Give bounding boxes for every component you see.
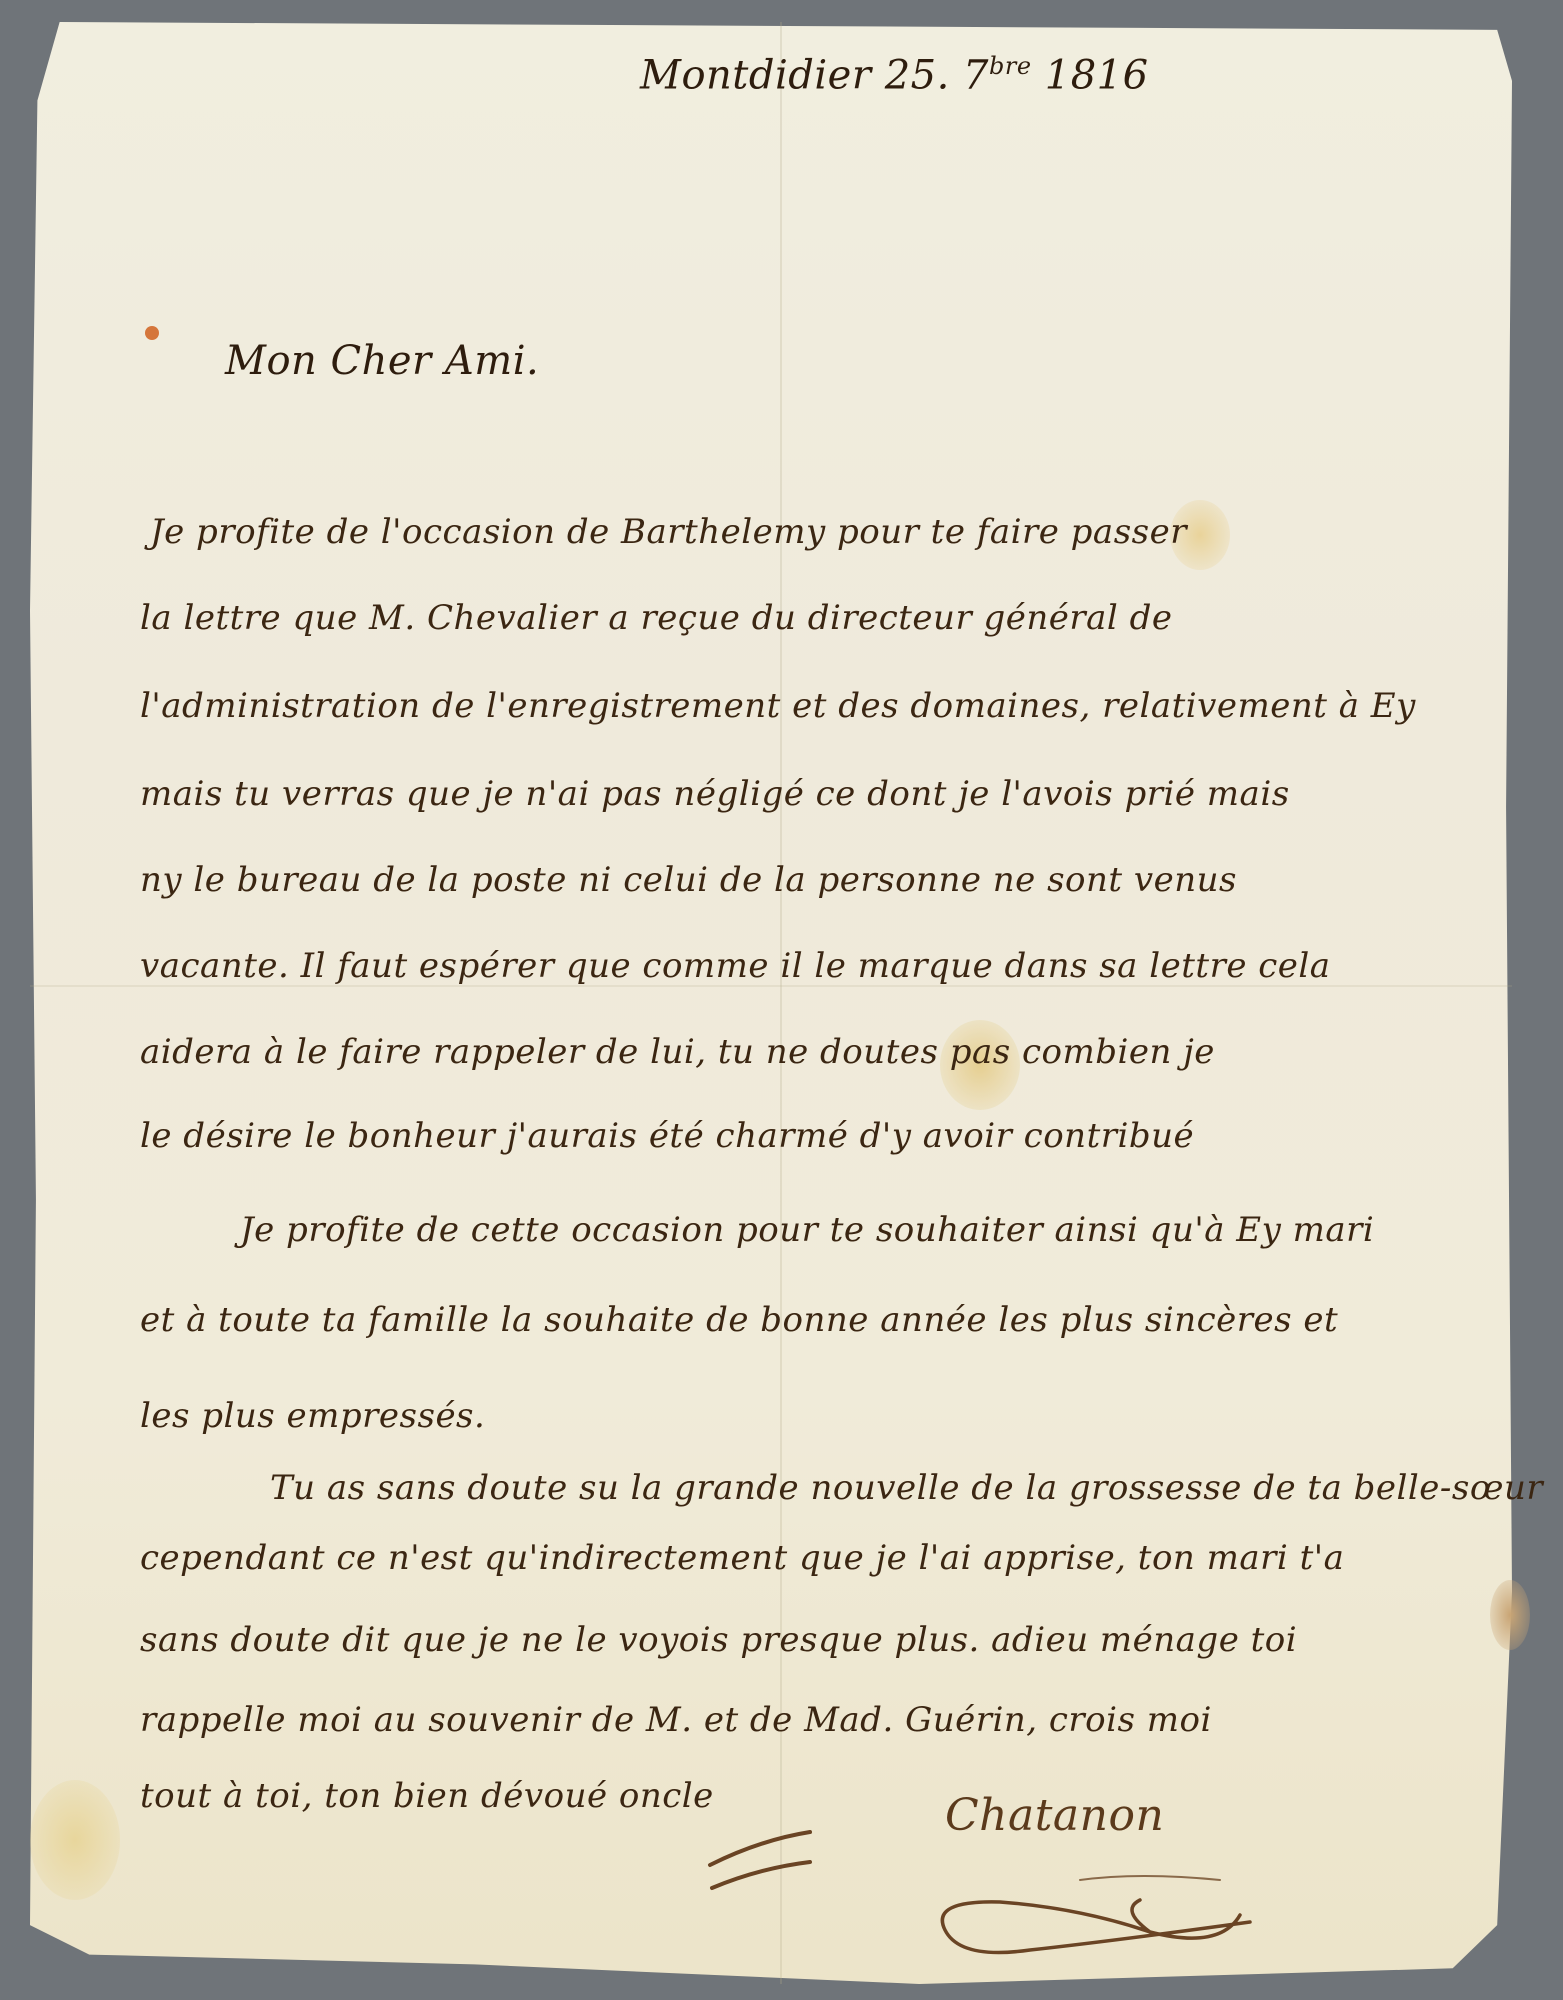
letter-line: l'administration de l'enregistrement et …	[140, 686, 1416, 726]
vertical-fold-crease	[780, 22, 782, 1984]
letter-line: le désire le bonheur j'aurais été charmé…	[140, 1116, 1194, 1156]
signature-flourish-icon	[700, 1820, 1260, 1970]
letter-paper	[30, 22, 1512, 1984]
date-month: 7	[963, 52, 989, 98]
letter-line: ny le bureau de la poste ni celui de la …	[140, 860, 1237, 900]
letter-line: Je profite de l'occasion de Barthelemy p…	[150, 512, 1187, 552]
letter-line: et à toute ta famille la souhaite de bon…	[140, 1300, 1338, 1340]
letter-line: vacante. Il faut espérer que comme il le…	[140, 946, 1331, 986]
letter-line: sans doute dit que je ne le voyois presq…	[140, 1620, 1297, 1660]
foxing-stain	[30, 1780, 120, 1900]
date-year: 1816	[1045, 52, 1149, 98]
letter-line: cependant ce n'est qu'indirectement que …	[140, 1538, 1344, 1578]
letter-line: mais tu verras que je n'ai pas négligé c…	[140, 774, 1290, 814]
date-day: 25.	[885, 52, 950, 98]
place-name: Montdidier	[640, 52, 871, 98]
letter-line: les plus empressés.	[140, 1396, 485, 1436]
letter-line: aidera à le faire rappeler de lui, tu ne…	[140, 1032, 1215, 1072]
salutation: Mon Cher Ami.	[225, 338, 539, 384]
date-line: Montdidier 25. 7bre 1816	[640, 52, 1149, 98]
letter-line: tout à toi, ton bien dévoué oncle	[140, 1776, 714, 1816]
orange-ink-spot	[145, 326, 159, 340]
letter-line: rappelle moi au souvenir de M. et de Mad…	[140, 1700, 1212, 1740]
foxing-stain	[1490, 1580, 1530, 1650]
letter-line: Tu as sans doute su la grande nouvelle d…	[270, 1468, 1543, 1508]
letter-line: Je profite de cette occasion pour te sou…	[240, 1210, 1374, 1250]
letter-line: la lettre que M. Chevalier a reçue du di…	[140, 598, 1173, 638]
date-month-suffix: bre	[989, 52, 1032, 80]
